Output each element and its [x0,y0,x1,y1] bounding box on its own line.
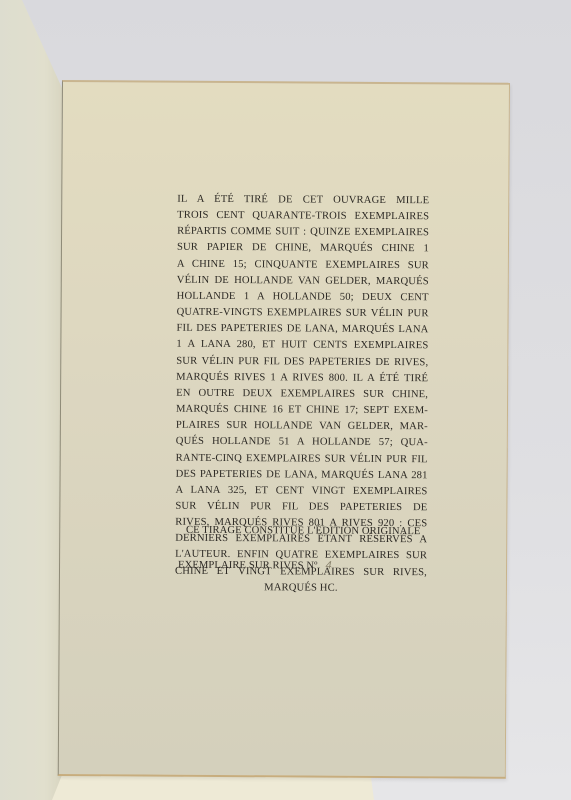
colophon-line: RÉPARTIS COMME SUIT : QUINZE EXEMPLAIRES [177,224,429,242]
book-page: IL A ÉTÉ TIRÉ DE CET OUVRAGE MILLE TROIS… [58,80,510,779]
colophon-last-line: MARQUÉS HC. [175,579,427,597]
colophon-line: FIL DES PAPETERIES DE LANA, MARQUÉS LANA [176,321,428,339]
handwritten-copy-number: 4 [326,560,332,572]
colophon-line: EN OUTRE DEUX EXEMPLAIRES SUR CHINE, [176,386,428,404]
colophon-line: IL A ÉTÉ TIRÉ DE CET OUVRAGE MILLE [177,192,429,210]
colophon-line: QUÉS HOLLANDE 51 A HOLLANDE 57; QUA- [176,434,428,452]
colophon-line: SUR PAPIER DE CHINE, MARQUÉS CHINE 1 [177,240,429,258]
colophon-line: MARQUÉS CHINE 16 ET CHINE 17; SEPT EXEM- [176,402,428,420]
colophon-line: HOLLANDE 1 A HOLLANDE 50; DEUX CENT [177,289,429,307]
book-cover-left [0,0,64,800]
colophon-line: RANTE-CINQ EXEMPLAIRES SUR VÉLIN PUR FIL [176,450,428,468]
colophon-line: A CHINE 15; CINQUANTE EXEMPLAIRES SUR [177,256,429,274]
colophon-line: SUR VÉLIN PUR FIL DES PAPETERIES DE [175,499,427,517]
copy-label: EXEMPLAIRE SUR RIVES Nº [178,560,318,572]
edition-statement: CE TIRAGE CONSTITUE L'ÉDITION ORIGINALE [175,525,431,538]
colophon-line: A LANA 325, ET CENT VINGT EXEMPLAIRES [175,483,427,501]
colophon-line: TROIS CENT QUARANTE-TROIS EXEMPLAIRES [177,208,429,226]
colophon-line: PLAIRES SUR HOLLANDE VAN GELDER, MAR- [176,418,428,436]
colophon-line: VÉLIN DE HOLLANDE VAN GELDER, MARQUÉS [177,272,429,290]
colophon-line: DES PAPETERIES DE LANA, MARQUÉS LANA 281 [176,466,428,484]
colophon-line: MARQUÉS RIVES 1 A RIVES 800. IL A ÉTÉ TI… [176,369,428,387]
copy-number-line: EXEMPLAIRE SUR RIVES Nº4 [178,559,332,572]
colophon-line: SUR VÉLIN PUR FIL DES PAPETERIES DE RIVE… [176,353,428,371]
colophon-line: 1 A LANA 280, ET HUIT CENTS EXEMPLAIRES [176,337,428,355]
colophon-line: QUATRE-VINGTS EXEMPLAIRES SUR VÉLIN PUR [177,305,429,323]
